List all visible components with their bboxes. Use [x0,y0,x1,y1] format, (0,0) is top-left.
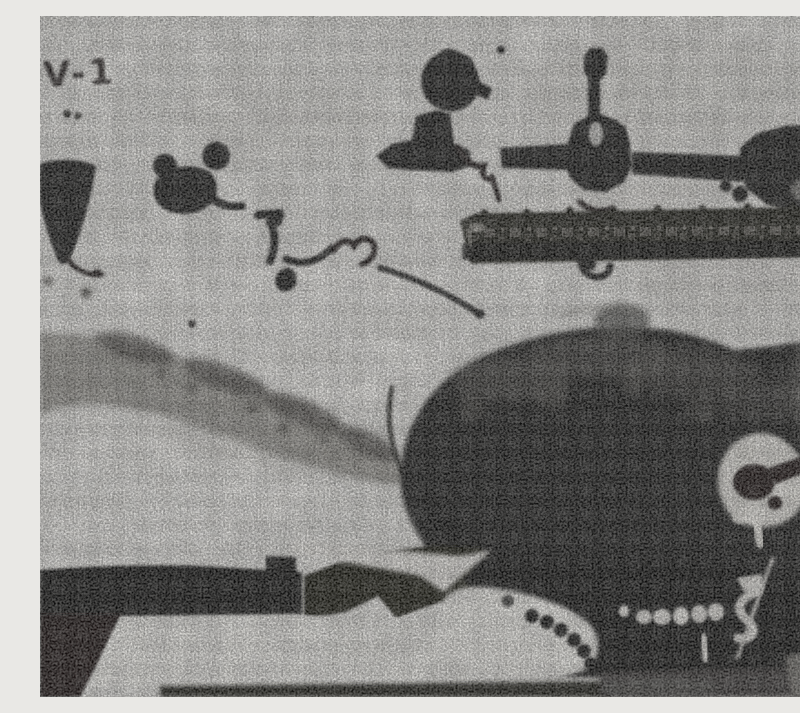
halftone-photograph: V-1 [40,16,800,697]
photo-canvas: V-1 [40,16,800,697]
grain-overlay [40,16,800,697]
